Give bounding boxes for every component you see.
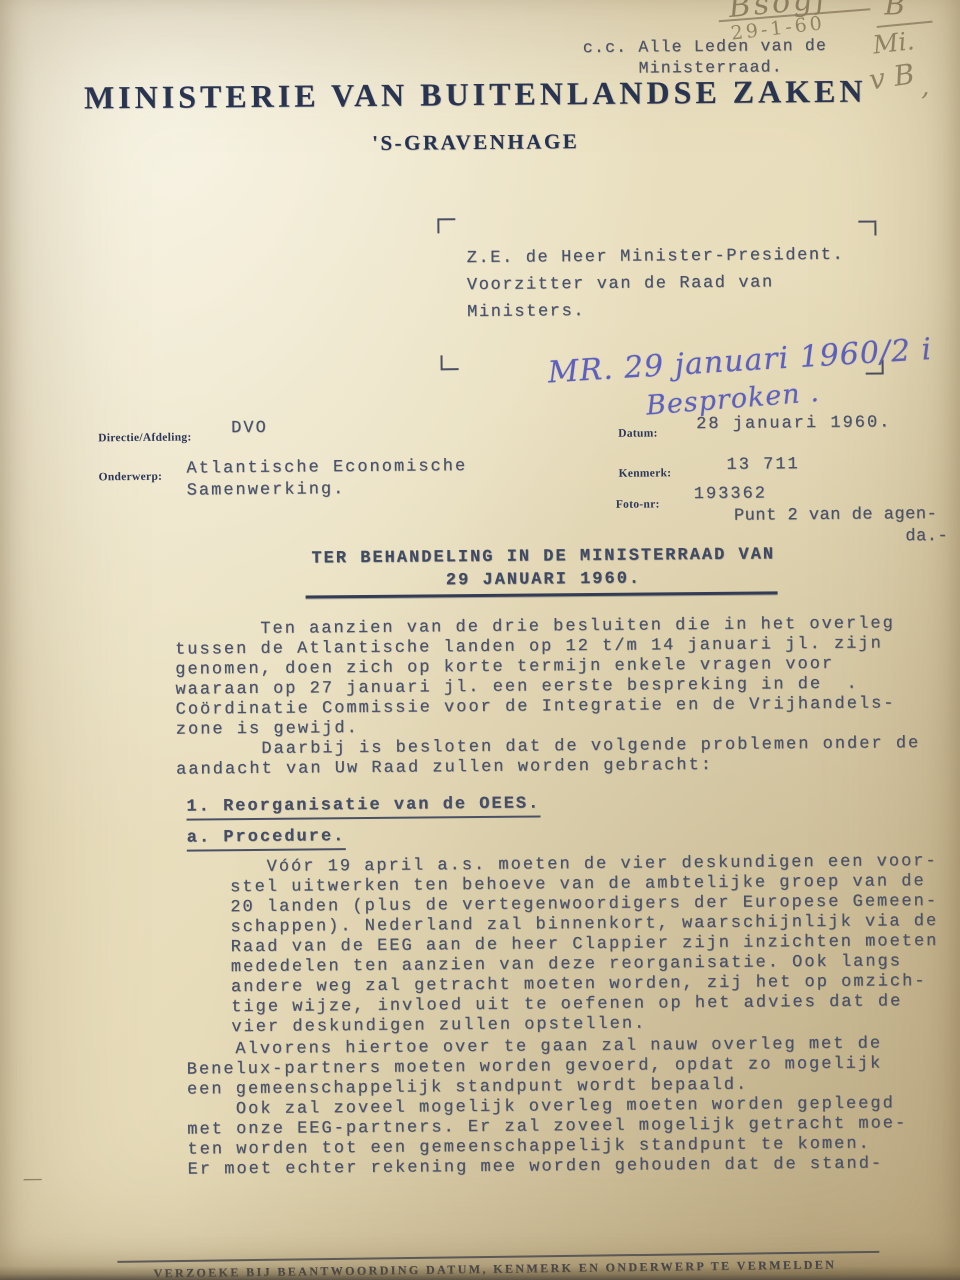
directie-label: Directie/Afdeling:	[98, 432, 191, 445]
section-heading-reorganisatie: 1. Reorganisatie van de OEES.	[186, 794, 540, 820]
directie-value: DVO	[231, 419, 268, 439]
document-page: Bsogf 29-1-60 B Mi. v B , c.c. Alle Lede…	[0, 0, 960, 1280]
kenmerk-value: 13 711	[726, 455, 799, 476]
address-bracket-top-left	[437, 218, 455, 233]
ministry-letterhead: MINISTERIE VAN BUITENLANDSE ZAKEN	[0, 72, 955, 117]
ink-registry-note: MR. 29 januari 1960/2 i	[547, 332, 933, 390]
document-title: TER BEHANDELING IN DE MINISTERRAAD VAN 2…	[295, 543, 791, 593]
pencil-initial-b: B	[884, 0, 905, 21]
city-letterhead: 'S-GRAVENHAGE	[0, 126, 956, 159]
onderwerp-label: Onderwerp:	[99, 471, 163, 484]
recipient-address: Z.E. de Heer Minister-President. Voorzit…	[467, 242, 845, 326]
address-bracket-top-right	[858, 221, 876, 236]
body-paragraphs-overleg: Alvorens hiertoe over te gaan zal nauw o…	[186, 1034, 907, 1180]
document-content: Bsogf 29-1-60 B Mi. v B , c.c. Alle Lede…	[0, 0, 960, 1280]
body-paragraphs-intro: Ten aanzien van de drie besluiten die in…	[175, 614, 921, 780]
pencil-initial-mi: Mi.	[871, 26, 916, 60]
kenmerk-label: Kenmerk:	[619, 467, 672, 479]
body-paragraph-procedure: Vóór 19 april a.s. moeten de vier deskun…	[230, 852, 939, 1038]
pencil-margin-dash: —	[23, 1166, 43, 1190]
address-bracket-bottom-left	[441, 355, 459, 370]
datum-label: Datum:	[618, 427, 658, 439]
fotonr-value: 193362	[694, 484, 767, 505]
onderwerp-value: Atlantische Economische Samenwerking.	[186, 456, 467, 502]
fotonr-label: Foto-nr:	[616, 498, 660, 510]
datum-value: 28 januari 1960.	[696, 413, 891, 435]
subsection-heading-procedure: a. Procedure.	[187, 827, 346, 851]
